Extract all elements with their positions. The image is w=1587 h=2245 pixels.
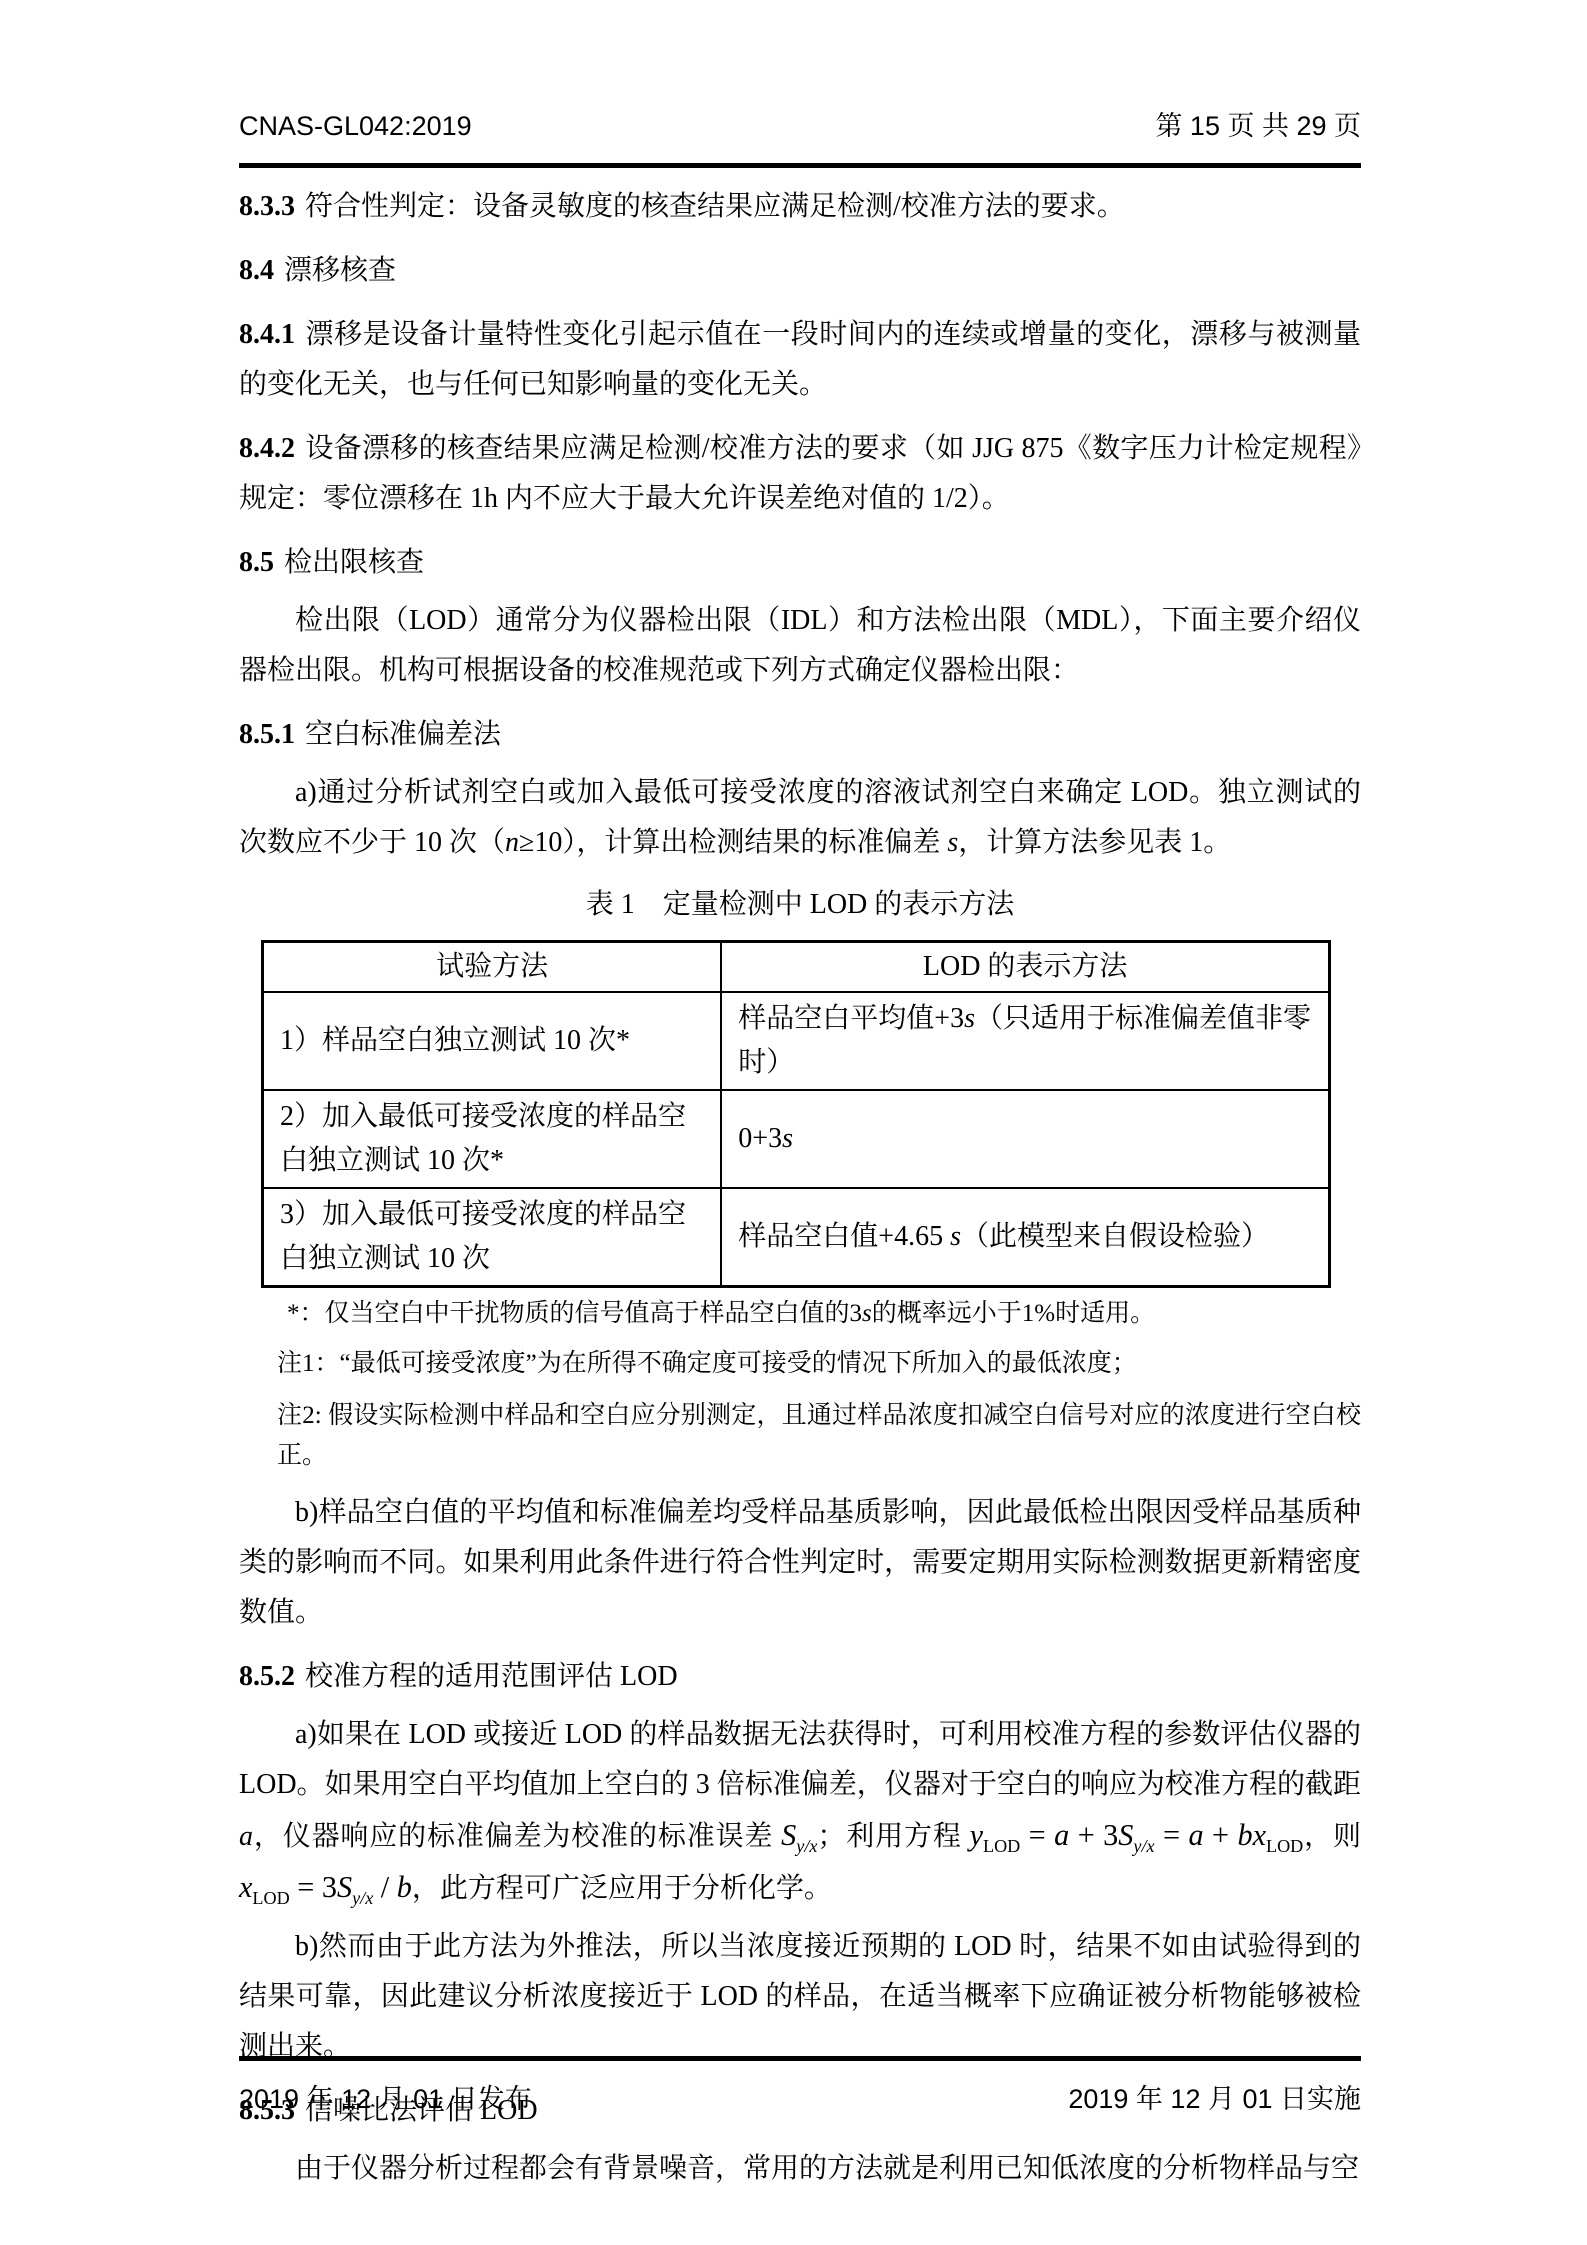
table-cell-method-3: 3）加入最低可接受浓度的样品空白独立测试 10 次 <box>263 1188 722 1287</box>
expression-text: 0+3 <box>738 1123 782 1154</box>
heading-8-3-3: 8.3.3符合性判定：设备灵敏度的核查结果应满足检测/校准方法的要求。 <box>239 182 1361 232</box>
header-row: CNAS-GL042:2019 第 15 页 共 29 页 <box>239 104 1361 143</box>
heading-8-5: 8.5检出限核查 <box>239 538 1361 588</box>
equation-text: / <box>373 1870 397 1904</box>
table-row-3: 3）加入最低可接受浓度的样品空白独立测试 10 次 样品空白值+4.65 s（此… <box>263 1188 1330 1287</box>
page-number: 第 15 页 共 29 页 <box>1155 104 1361 143</box>
subscript-lod: LOD <box>1266 1836 1303 1856</box>
paragraph-text: ，此方程可广泛应用于分析化学。 <box>412 1873 832 1904</box>
variable-s: s <box>782 1123 793 1154</box>
paragraph-text: 检出限（LOD）通常分为仪器检出限（IDL）和方法检出限（MDL），下面主要介绍… <box>239 605 1361 686</box>
variable-s: s <box>862 1300 872 1327</box>
table-row-2: 2）加入最低可接受浓度的样品空白独立测试 10 次* 0+3s <box>263 1090 1330 1188</box>
paragraph-8-5-2-b: b)然而由于此方法为外推法，所以当浓度接近预期的 LOD 时，结果不如由试验得到… <box>239 1922 1361 2072</box>
page-header: CNAS-GL042:2019 第 15 页 共 29 页 <box>239 104 1361 168</box>
table-cell-expression-2: 0+3s <box>721 1090 1329 1188</box>
table-col-header-method: 试验方法 <box>263 942 722 993</box>
table-body: 1）样品空白独立测试 10 次* 样品空白平均值+3s（只适用于标准偏差值非零时… <box>263 992 1330 1287</box>
note-1: 注1：“最低可接受浓度”为在所得不确定度可接受的情况下所加入的最低浓度； <box>277 1344 1361 1384</box>
paragraph-8-4-1: 8.4.1漂移是设备计量特性变化引起示值在一段时间内的连续或增量的变化，漂移与被… <box>239 310 1361 410</box>
paragraph-text: ；利用方程 <box>817 1821 969 1852</box>
note-text: 注1：“最低可接受浓度”为在所得不确定度可接受的情况下所加入的最低浓度； <box>277 1350 1137 1377</box>
heading-8-4: 8.4漂移核查 <box>239 246 1361 296</box>
expression-text: 样品空白平均值+3 <box>738 1003 964 1034</box>
subscript-yx: y/x <box>796 1836 817 1856</box>
subscript-yx: y/x <box>1133 1836 1154 1856</box>
table-head: 试验方法 LOD 的表示方法 <box>263 942 1330 993</box>
document-body: 8.3.3符合性判定：设备灵敏度的核查结果应满足检测/校准方法的要求。 8.4漂… <box>239 182 1361 2194</box>
paragraph-text: b)然而由于此方法为外推法，所以当浓度接近预期的 LOD 时，结果不如由试验得到… <box>239 1931 1361 2062</box>
section-text: 符合性判定：设备灵敏度的核查结果应满足检测/校准方法的要求。 <box>305 191 1125 222</box>
implement-date: 2019 年 12 月 01 日实施 <box>1068 2077 1361 2116</box>
variable-s: s <box>950 1221 961 1252</box>
paragraph-text: 漂移是设备计量特性变化引起示值在一段时间内的连续或增量的变化，漂移与被测量的变化… <box>239 319 1361 400</box>
paragraph-lod-intro: 检出限（LOD）通常分为仪器检出限（IDL）和方法检出限（MDL），下面主要介绍… <box>239 596 1361 696</box>
subscript-lod: LOD <box>252 1888 289 1908</box>
variable-y: y <box>970 1818 983 1852</box>
table-cell-expression-3: 样品空白值+4.65 s（此模型来自假设检验） <box>721 1188 1329 1287</box>
header-rule <box>239 163 1361 168</box>
paragraph-8-5-1-a: a)通过分析试剂空白或加入最低可接受浓度的溶液试剂空白来确定 LOD。独立测试的… <box>239 768 1361 868</box>
section-number: 8.5.1 <box>239 719 295 750</box>
formula-ylod-equation: yLOD = a + 3Sy/x = a + bxLOD <box>970 1818 1304 1852</box>
paragraph-8-5-2-a: a)如果在 LOD 或接近 LOD 的样品数据无法获得时，可利用校准方程的参数评… <box>239 1710 1361 1914</box>
equation-text: = <box>1155 1818 1189 1852</box>
paragraph-8-4-2: 8.4.2设备漂移的核查结果应满足检测/校准方法的要求（如 JJG 875《数字… <box>239 424 1361 524</box>
section-text: 校准方程的适用范围评估 LOD <box>305 1661 678 1692</box>
expression-text: （此模型来自假设检验） <box>961 1221 1269 1252</box>
section-number: 8.3.3 <box>239 191 295 222</box>
paragraph-8-5-3: 由于仪器分析过程都会有背景噪音，常用的方法就是利用已知低浓度的分析物样品与空 <box>239 2144 1361 2194</box>
content-area: CNAS-GL042:2019 第 15 页 共 29 页 8.3.3符合性判定… <box>0 0 1587 2194</box>
table-row-1: 1）样品空白独立测试 10 次* 样品空白平均值+3s（只适用于标准偏差值非零时… <box>263 992 1330 1090</box>
variable-b: b <box>397 1870 412 1904</box>
paragraph-text: b)样品空白值的平均值和标准偏差均受样品基质影响，因此最低检出限因受样品基质种类… <box>239 1497 1361 1628</box>
paragraph-text: ，仪器响应的标准偏差为校准的标准误差 <box>253 1821 781 1852</box>
heading-8-5-1: 8.5.1空白标准偏差法 <box>239 710 1361 760</box>
section-number: 8.5.2 <box>239 1661 295 1692</box>
formula-xlod-equation: xLOD = 3Sy/x / b <box>239 1870 412 1904</box>
subscript-yx: y/x <box>352 1888 373 1908</box>
table-footnote: *：仅当空白中干扰物质的信号值高于样品空白值的3s的概率远小于1%时适用。 <box>287 1294 1361 1334</box>
variable-a: a <box>1054 1818 1069 1852</box>
page-footer: 2019 年 12 月 01 日发布 2019 年 12 月 01 日实施 <box>239 2056 1361 2116</box>
paragraph-text: 设备漂移的核查结果应满足检测/校准方法的要求（如 JJG 875《数字压力计检定… <box>239 433 1361 514</box>
variable-n: n <box>505 827 519 858</box>
paragraph-text: ≥10），计算出检测结果的标准偏差 <box>519 827 947 858</box>
publish-date: 2019 年 12 月 01 日发布 <box>239 2077 532 2116</box>
variable-S: S <box>781 1818 796 1852</box>
variable-s: s <box>964 1003 975 1034</box>
section-text: 检出限核查 <box>284 547 424 578</box>
variable-a: a <box>239 1821 253 1852</box>
subscript-lod: LOD <box>983 1836 1020 1856</box>
section-number: 8.4.1 <box>239 319 295 350</box>
variable-x: x <box>239 1870 252 1904</box>
paragraph-text: ，则 <box>1303 1821 1361 1852</box>
formula-syx: Sy/x <box>781 1818 817 1852</box>
table-col-header-lod: LOD 的表示方法 <box>721 942 1329 993</box>
equation-text: + <box>1204 1818 1238 1852</box>
table-1: 试验方法 LOD 的表示方法 1）样品空白独立测试 10 次* 样品空白平均值+… <box>261 940 1331 1288</box>
document-page: CNAS-GL042:2019 第 15 页 共 29 页 8.3.3符合性判定… <box>0 0 1587 2245</box>
table-header-row: 试验方法 LOD 的表示方法 <box>263 942 1330 993</box>
variable-S: S <box>337 1870 352 1904</box>
variable-S: S <box>1118 1818 1133 1852</box>
note-text: 注2: 假设实际检测中样品和空白应分别测定，且通过样品浓度扣减空白信号对应的浓度… <box>277 1402 1361 1469</box>
equation-text: = <box>1020 1818 1054 1852</box>
note-2: 注2: 假设实际检测中样品和空白应分别测定，且通过样品浓度扣减空白信号对应的浓度… <box>277 1396 1361 1476</box>
heading-8-5-2: 8.5.2校准方程的适用范围评估 LOD <box>239 1652 1361 1702</box>
table-caption-text: 表 1 定量检测中 LOD 的表示方法 <box>586 889 1015 920</box>
equation-text: + 3 <box>1069 1818 1118 1852</box>
doc-code: CNAS-GL042:2019 <box>239 111 472 142</box>
paragraph-text: ，计算方法参见表 1。 <box>958 827 1231 858</box>
equation-text: = 3 <box>290 1870 337 1904</box>
variable-s: s <box>947 827 958 858</box>
variable-bx: bx <box>1237 1818 1266 1852</box>
section-text: 漂移核查 <box>284 255 396 286</box>
table-cell-expression-1: 样品空白平均值+3s（只适用于标准偏差值非零时） <box>721 992 1329 1090</box>
section-text: 空白标准偏差法 <box>305 719 501 750</box>
footnote-text: 的概率远小于1%时适用。 <box>872 1300 1155 1327</box>
table-cell-method-1: 1）样品空白独立测试 10 次* <box>263 992 722 1090</box>
paragraph-text: 由于仪器分析过程都会有背景噪音，常用的方法就是利用已知低浓度的分析物样品与空 <box>295 2153 1359 2184</box>
section-number: 8.4.2 <box>239 433 295 464</box>
paragraph-text: a)如果在 LOD 或接近 LOD 的样品数据无法获得时，可利用校准方程的参数评… <box>239 1719 1361 1800</box>
table-cell-method-2: 2）加入最低可接受浓度的样品空白独立测试 10 次* <box>263 1090 722 1188</box>
section-number: 8.5 <box>239 547 274 578</box>
table-caption: 表 1 定量检测中 LOD 的表示方法 <box>239 880 1361 930</box>
footnote-text: *：仅当空白中干扰物质的信号值高于样品空白值的3 <box>287 1300 862 1327</box>
expression-text: 样品空白值+4.65 <box>738 1221 950 1252</box>
variable-a: a <box>1188 1818 1203 1852</box>
section-number: 8.4 <box>239 255 274 286</box>
paragraph-8-5-1-b: b)样品空白值的平均值和标准偏差均受样品基质影响，因此最低检出限因受样品基质种类… <box>239 1488 1361 1638</box>
